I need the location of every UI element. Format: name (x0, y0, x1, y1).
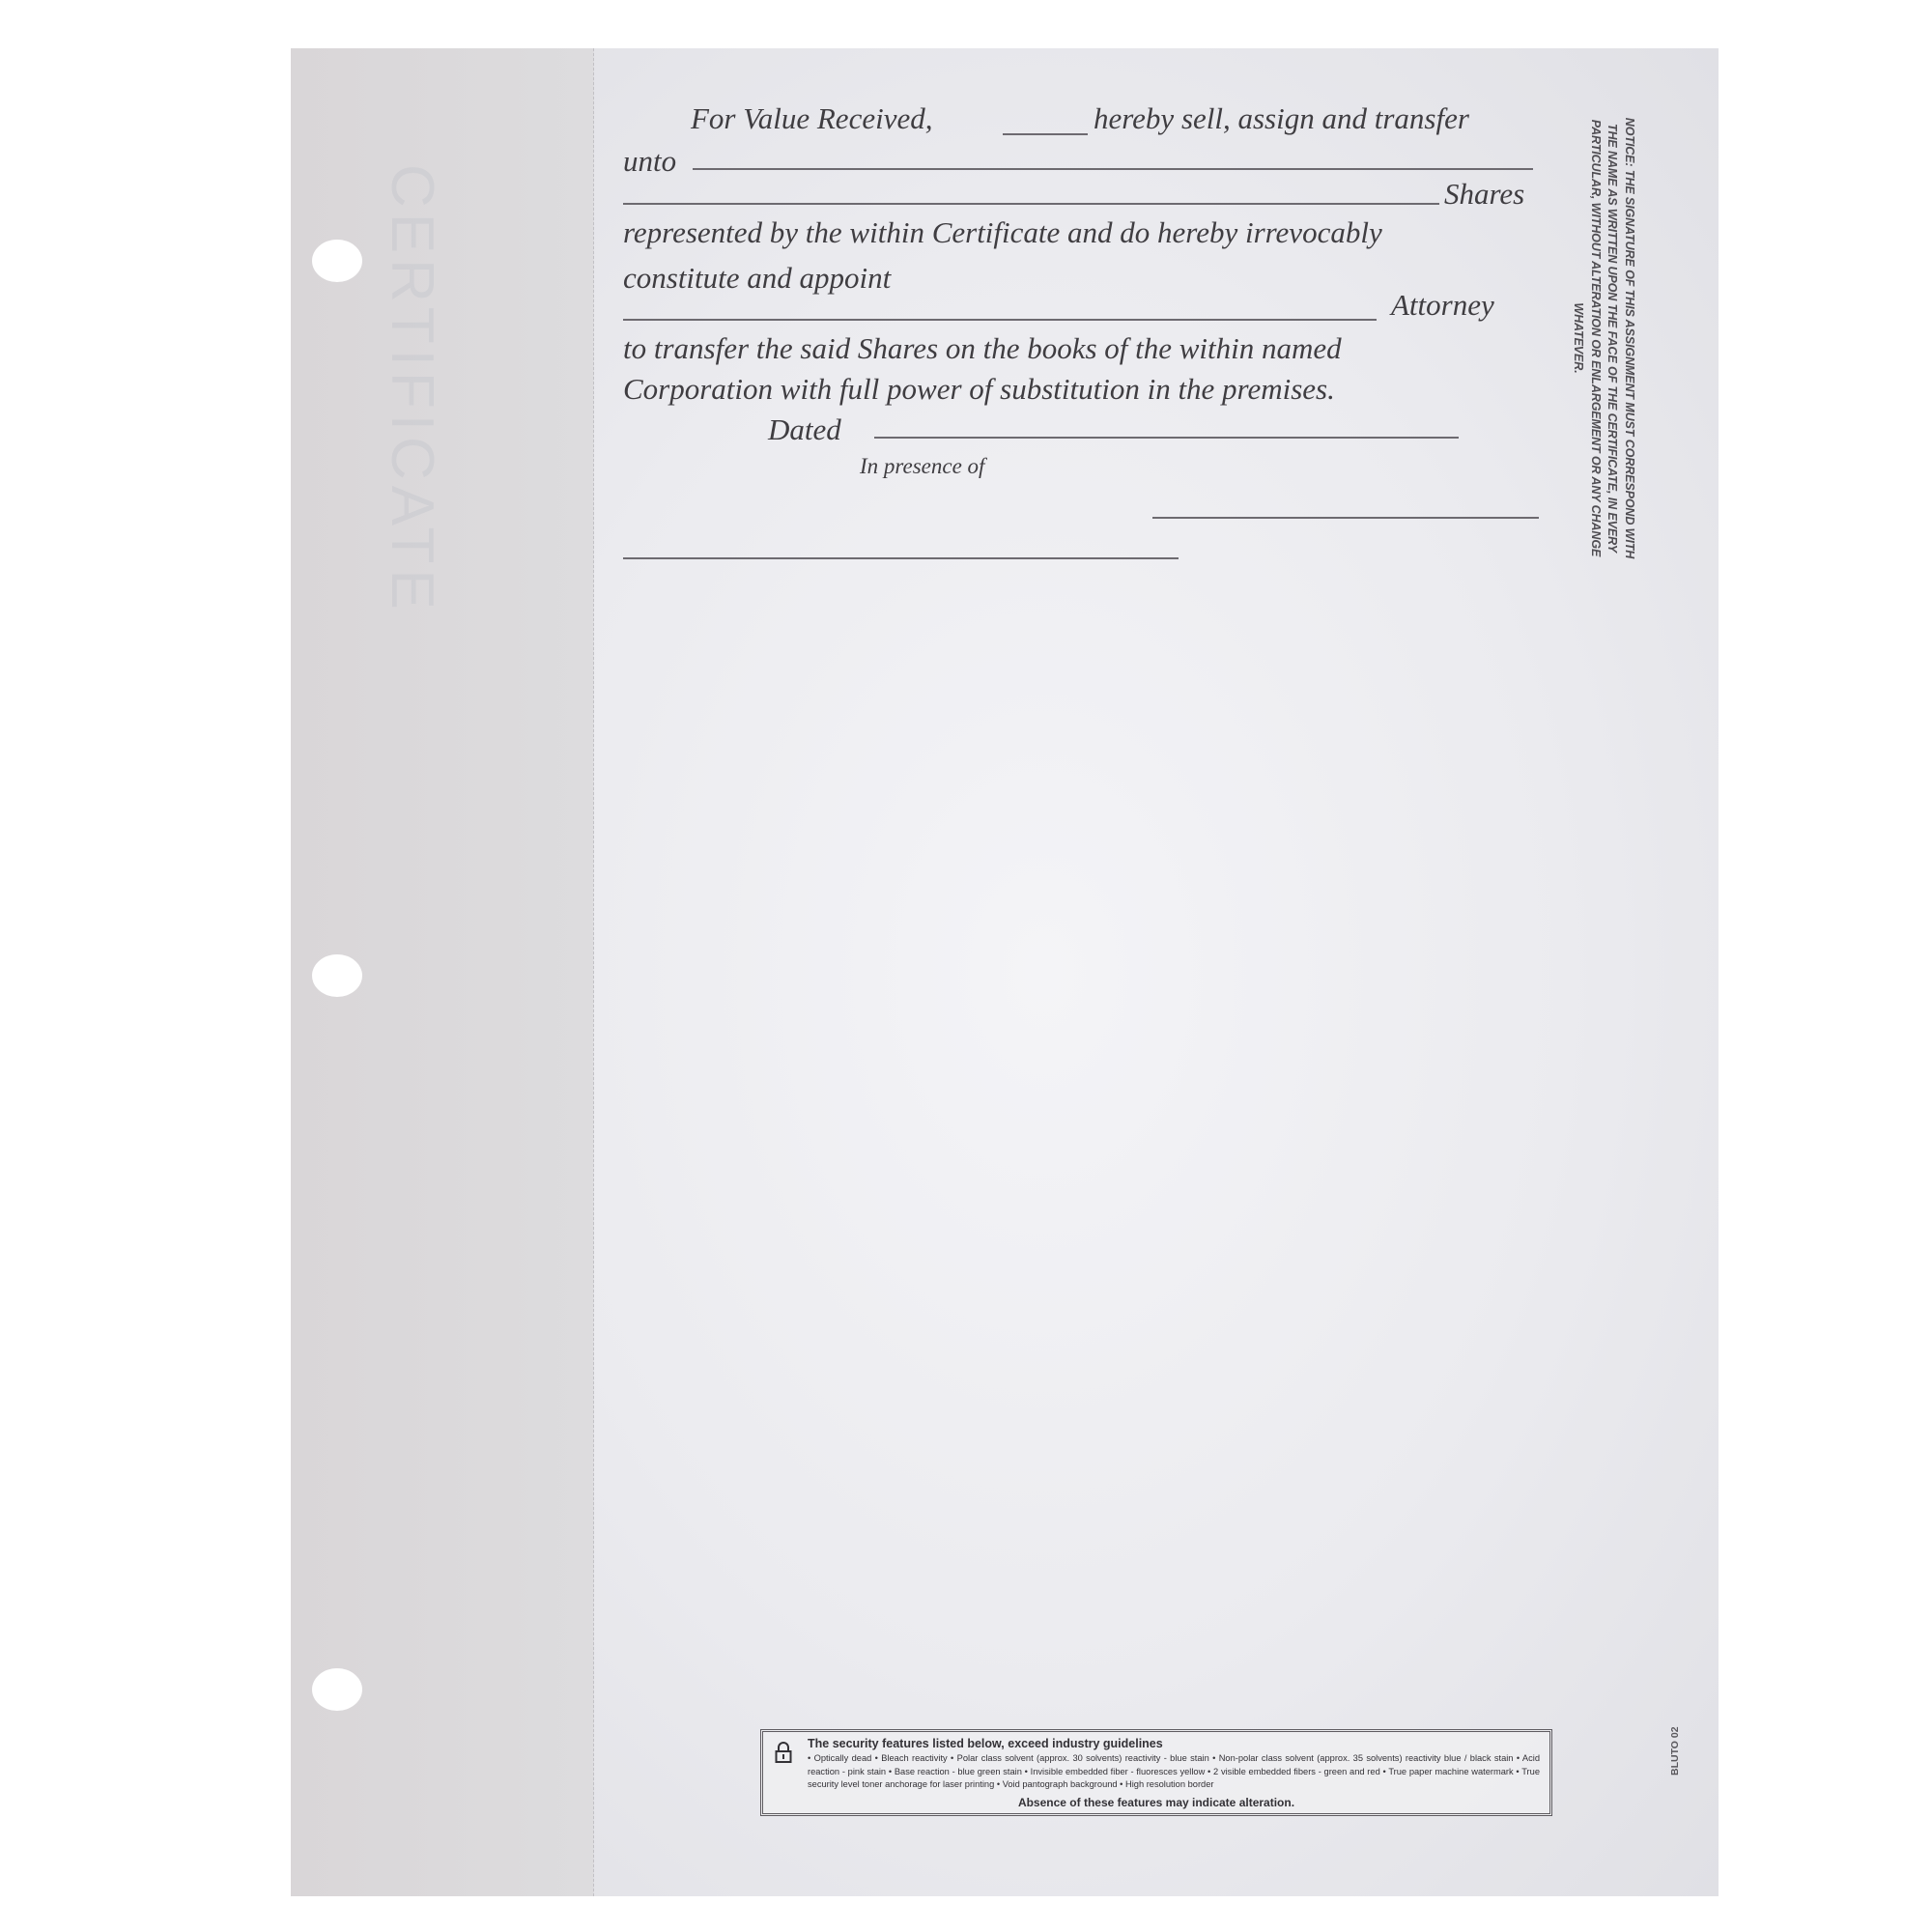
value-received-label: For Value Received, (691, 101, 932, 136)
assignment-area (594, 48, 1719, 1896)
security-features-box: The security features listed below, exce… (760, 1729, 1552, 1816)
shares-blank[interactable] (623, 203, 1439, 205)
unto-label: unto (623, 144, 676, 179)
form-code: BLUTO 02 (1669, 1726, 1681, 1776)
constitute-text: constitute and appoint (623, 261, 891, 296)
lock-icon (775, 1742, 792, 1763)
dated-label: Dated (768, 412, 841, 447)
security-footer: Absence of these features may indicate a… (773, 1796, 1540, 1809)
date-blank[interactable] (874, 437, 1459, 439)
witness-blank[interactable] (623, 557, 1179, 559)
certificate-sheet: CERTIFICATE (291, 48, 1719, 1896)
punch-hole (312, 1668, 362, 1711)
signature-blank[interactable] (1152, 517, 1539, 519)
corporation-text: Corporation with full power of substitut… (623, 372, 1335, 407)
attorney-label: Attorney (1391, 288, 1494, 323)
attorney-blank[interactable] (623, 319, 1377, 321)
assignee-blank[interactable] (693, 168, 1533, 170)
sell-assign-label: hereby sell, assign and transfer (1094, 101, 1469, 136)
security-title: The security features listed below, exce… (808, 1737, 1540, 1750)
assignor-blank[interactable] (1003, 133, 1088, 135)
signature-notice: NOTICE: THE SIGNATURE OF THIS ASSIGNMENT… (1570, 106, 1637, 570)
represented-text: represented by the within Certificate an… (623, 215, 1382, 250)
punch-hole (312, 954, 362, 997)
security-features-list: • Optically dead • Bleach reactivity • P… (808, 1752, 1540, 1792)
stub-watermark: CERTIFICATE (378, 164, 446, 615)
shares-label: Shares (1444, 177, 1524, 212)
transfer-text: to transfer the said Shares on the books… (623, 331, 1342, 366)
punch-hole (312, 240, 362, 282)
presence-label: In presence of (860, 454, 984, 479)
